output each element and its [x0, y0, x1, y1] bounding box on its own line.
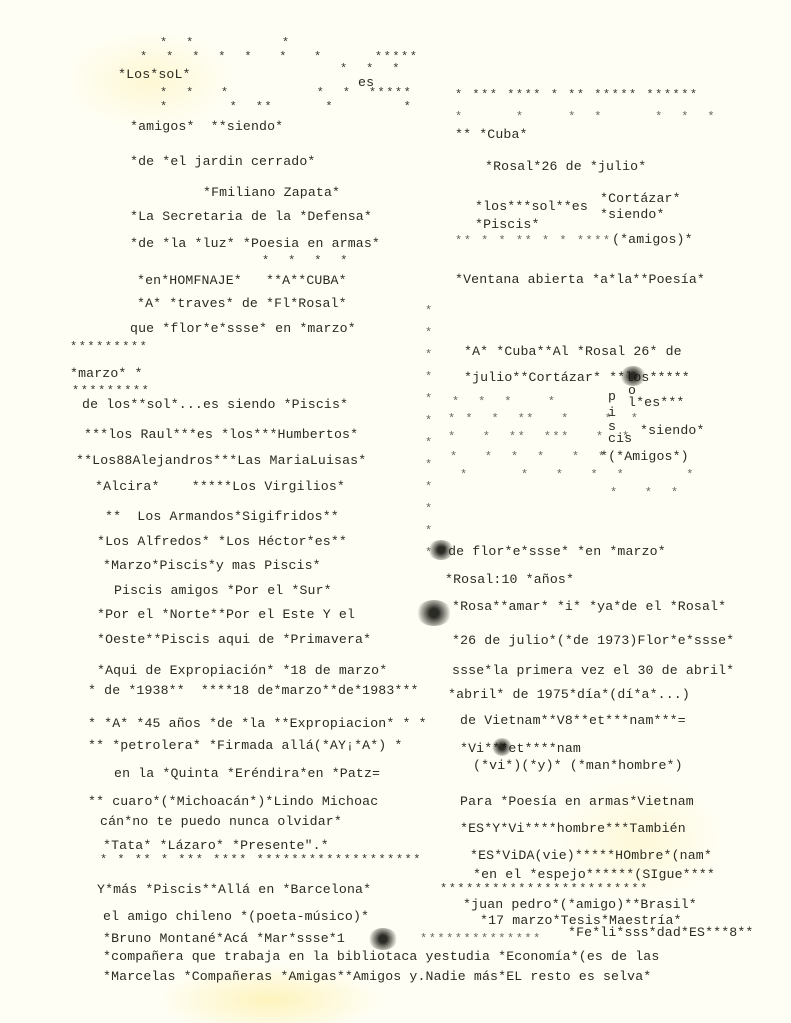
ink-blot — [368, 928, 398, 950]
poem-line: *julio**Cortázar* **los***** — [464, 371, 690, 385]
star-decoration: * * * — [610, 486, 680, 500]
poem-line: *en el *espejo******(SIgue**** — [473, 868, 715, 882]
star-decoration: ************************ — [440, 882, 649, 896]
poem-line: es — [358, 76, 374, 90]
ink-blot — [492, 738, 512, 756]
poem-line: *Fe*li*sss*dad*ES***8** — [568, 926, 753, 940]
poem-line: de Vietnam**V8**et***nam***= — [460, 714, 686, 728]
star-decoration: * * * * * * * — [455, 110, 716, 124]
poem-line: *Bruno Montané*Acá *Mar*ssse*1 — [103, 932, 345, 946]
poem-line: *marzo* * — [70, 367, 143, 381]
poem-line: de los**sol*...es siendo *Piscis* — [82, 398, 348, 412]
poem-line: *de *la *luz* *Poesia en armas* — [130, 237, 380, 251]
poem-line: *Cortázar* — [600, 192, 681, 206]
poem-line: en la *Quinta *Eréndira*en *Patz= — [114, 767, 380, 781]
poem-line: * de *1938** ****18 de*marzo**de*1983*** — [88, 684, 419, 698]
star-decoration: * * * * * * — [450, 450, 607, 464]
star-decoration: * * * — [340, 62, 401, 76]
poem-line: *de flor*e*ssse* *en *marzo* — [440, 545, 666, 559]
poem-line: Y*más *Piscis**Allá en *Barcelona* — [97, 883, 371, 897]
poem-line: Piscis amigos *Por el *Sur* — [114, 584, 332, 598]
poem-line: *Alcira* *****Los Virgilios* — [95, 480, 345, 494]
poem-line: cán*no te puedo nunca olvidar* — [100, 815, 342, 829]
poem-line: *Piscis* — [475, 218, 540, 232]
star-decoration: ************** — [420, 932, 542, 946]
star-decoration: * * * * — [262, 254, 349, 268]
poem-line: *Los Alfredos* *Los Héctor*es** — [97, 535, 347, 549]
star-decoration: * * ** * *** **** ******************* — [100, 853, 422, 867]
paper-page: * * * * * * * * * * ***** * * * * * * * … — [0, 0, 791, 1023]
poem-line: l*es*** — [628, 396, 684, 410]
poem-line: (*vi*)(*y)* (*man*hombre*) — [473, 759, 683, 773]
poem-line: *ES*ViDA(vie)*****HOmbre*(nam* — [470, 849, 712, 863]
poem-line: **Los88Alejandros***Las MariaLuisas* — [76, 454, 366, 468]
star-decoration: * * ** * * — [160, 100, 412, 114]
poem-line: * *** **** * ** ***** ****** — [455, 88, 699, 102]
poem-line: (*amigos)* — [612, 233, 693, 247]
star-decoration: * * * ** * * * — [448, 412, 639, 426]
poem-line: *de *el jardin cerrado* — [130, 155, 315, 169]
poem-line: *Marcelas *Compañeras *Amigas**Amigos y.… — [103, 970, 651, 984]
ink-blot — [416, 600, 452, 626]
poem-line: *Rosal:10 *años* — [445, 573, 574, 587]
poem-line: el amigo chileno *(poeta-músico)* — [103, 910, 369, 924]
star-decoration: * * * — [160, 36, 291, 50]
poem-line: *Rosa**amar* *i* *ya*de el *Rosal* — [452, 600, 726, 614]
poem-line: *siendo* — [640, 424, 705, 438]
poem-line: *los***sol**es — [475, 200, 588, 214]
star-divider: * * * * * * * * * * * * — [425, 300, 434, 564]
star-decoration: * * * * * ***** — [160, 86, 412, 100]
poem-line: Para *Poesía en armas*Vietnam — [460, 795, 694, 809]
poem-line: *compañera que trabaja en la bibliotaca … — [103, 950, 659, 964]
poem-line: *Ventana abierta *a*la**Poesía* — [455, 273, 705, 287]
poem-line: ** *petrolera* *Firmada allá(*AY¡*A*) * — [88, 739, 403, 753]
star-decoration: * * ** *** * * — [448, 430, 631, 444]
poem-line: p — [608, 390, 616, 404]
poem-line: *abril* de 1975*día*(dí*a*...) — [448, 688, 690, 702]
poem-line: ***los Raul***es *los***Humbertos* — [84, 428, 358, 442]
poem-line: *(*Amigos*) — [600, 450, 689, 464]
poem-line: *A* *traves* de *Fl*Rosal* — [137, 297, 347, 311]
poem-line: *26 de julio*(*de 1973)Flor*e*ssse* — [452, 634, 734, 648]
poem-line: *siendo* — [600, 208, 665, 222]
poem-line: * *A* *45 años *de *la **Expropiacion* *… — [88, 717, 427, 731]
star-decoration: ** * * ** * * **** — [455, 234, 612, 248]
poem-line: *Los*soL* — [118, 68, 191, 82]
poem-line: *Marzo*Piscis*y mas Piscis* — [103, 559, 321, 573]
poem-line: *Aqui de Expropiación* *18 de marzo* — [97, 664, 387, 678]
poem-line: *Oeste**Piscis aqui de *Primavera* — [97, 633, 371, 647]
poem-line: ssse*la primera vez el 30 de abril* — [452, 664, 734, 678]
poem-line: ** Los Armandos*Sigifridos** — [105, 510, 339, 524]
poem-line: *juan pedro*(*amigo)**Brasil* — [463, 898, 697, 912]
poem-line: *Tata* *Lázaro* *Presente".* — [103, 839, 329, 853]
star-decoration: * * * * * * — [460, 468, 695, 482]
poem-line: ** *Cuba* — [455, 128, 528, 142]
poem-line: *Fmiliano Zapata* — [203, 186, 340, 200]
star-decoration: ********* — [70, 340, 148, 354]
poem-line: *A* *Cuba**Al *Rosal 26* de — [464, 345, 682, 359]
poem-line: *La Secretaria de la *Defensa* — [130, 210, 372, 224]
poem-line: *Por el *Norte**Por el Este Y el — [97, 608, 355, 622]
poem-line: *amigos* **siendo* — [130, 120, 283, 134]
poem-line: *Vi***et****nam — [460, 742, 581, 756]
poem-line: *Rosal*26 de *julio* — [485, 160, 646, 174]
star-decoration: * * * * — [452, 395, 556, 409]
star-decoration: ********* — [72, 384, 150, 398]
poem-line: ** cuaro*(*Michoacán*)*Lindo Michoac — [88, 795, 378, 809]
poem-line: *en*HOMFNAJE* **A**CUBA* — [137, 274, 347, 288]
poem-line: que *flor*e*ssse* en *marzo* — [130, 322, 356, 336]
poem-line: *ES*Y*Vi****hombre***También — [460, 822, 686, 836]
